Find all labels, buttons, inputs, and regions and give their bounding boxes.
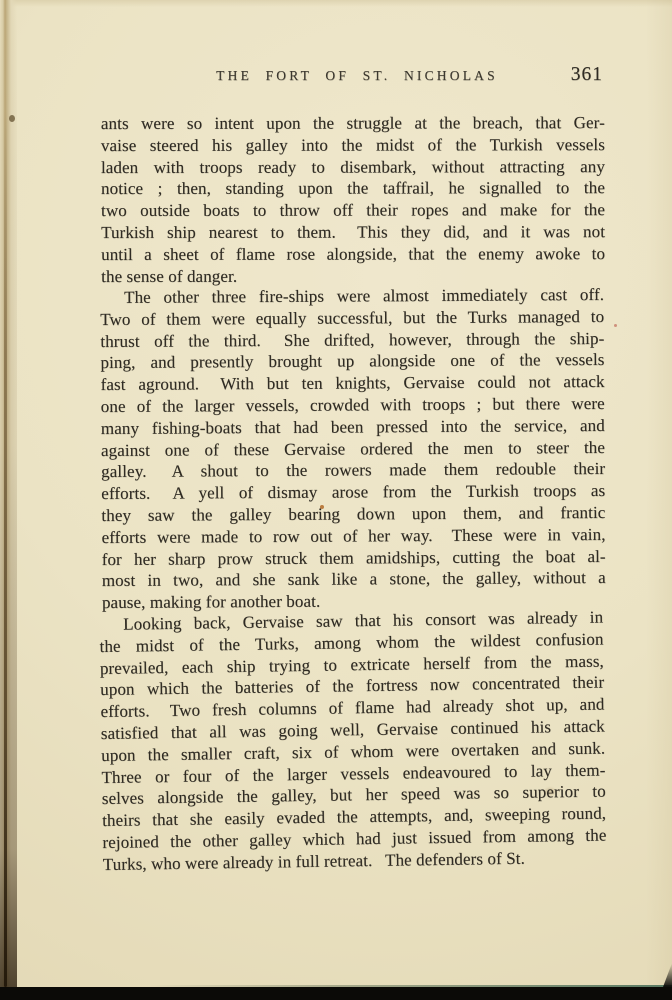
scanner-bed-bar <box>0 987 672 1000</box>
text-line: Turkish ship nearest to them. This they … <box>101 221 605 244</box>
text-line: two outside boats to throw off their rop… <box>101 199 605 222</box>
text-line: ants were so intent upon the struggle at… <box>101 112 605 135</box>
text-line: vaise steered his galley into the midst … <box>101 134 605 157</box>
page-header: THE FORT OF ST. NICHOLAS 361 <box>101 68 605 88</box>
paragraph: ants were so intent upon the struggle at… <box>101 112 605 287</box>
running-title: THE FORT OF ST. NICHOLAS <box>105 68 609 84</box>
scan-speck <box>9 115 15 122</box>
printed-content: THE FORT OF ST. NICHOLAS 361 ants were s… <box>101 68 605 876</box>
text-line: efforts were made to row out of her way.… <box>101 524 605 549</box>
text-line: many fishing-boats that had been pressed… <box>101 415 605 440</box>
scan-speck <box>614 324 617 327</box>
text-line: most in two, and she sank like a stone, … <box>102 568 606 593</box>
paragraph: The other three fire-ships were almost i… <box>100 284 606 614</box>
paragraph: Looking back, Gervaise saw that his cons… <box>99 607 607 876</box>
page-edge-line <box>4 110 7 987</box>
book-page-scan: THE FORT OF ST. NICHOLAS 361 ants were s… <box>0 0 672 1000</box>
text-line: until a sheet of flame rose alongside, t… <box>101 243 605 266</box>
text-line: laden with troops ready to disembark, wi… <box>101 156 605 179</box>
text-line: notice ; then, standing upon the taffrai… <box>101 178 605 201</box>
page-body: ants were so intent upon the struggle at… <box>101 113 605 876</box>
page-number: 361 <box>571 64 603 86</box>
page-gutter-shadow <box>0 0 17 987</box>
text-line: Two of them were equally successful, but… <box>100 306 604 331</box>
